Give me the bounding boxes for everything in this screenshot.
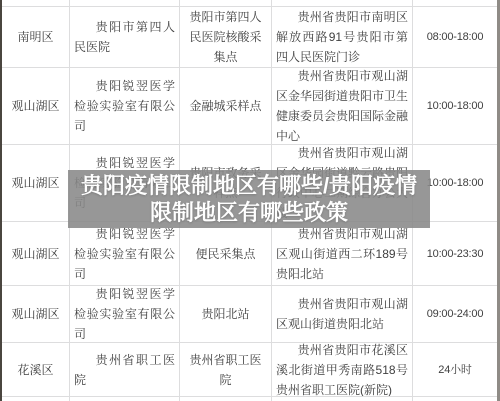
cell-sampling-site <box>180 397 272 401</box>
cell-address <box>272 0 413 6</box>
cell-address: 贵州省贵阳市观山湖区观山街道贵阳北站 <box>272 286 413 342</box>
cell-organization <box>70 397 180 401</box>
watermark-title-overlay: 贵阳疫情限制地区有哪些/贵阳疫情 限制地区有哪些政策 <box>68 170 430 228</box>
watermark-title-line1: 贵阳疫情限制地区有哪些/贵阳疫情 <box>81 172 417 199</box>
cell-hours: 10:00-23:30 <box>413 222 497 285</box>
cell-organization: 贵阳锐翌医学检验实验室有限公司 <box>70 286 180 342</box>
cell-sampling-site: 贵州省职工医院 <box>180 343 272 396</box>
cell-hours <box>413 397 497 401</box>
table-row: 南明区 贵阳市第四人民医院 贵阳市第四人民医院核酸采集点 贵州省贵阳市南明区解放… <box>2 7 497 68</box>
cell-sampling-site: 便民采集点 <box>180 222 272 285</box>
cell-address: 贵州省贵阳市南明区解放西路91号贵阳市第四人民医院门诊 <box>272 7 413 67</box>
cell-organization: 贵阳市第四人民医院 <box>70 7 180 67</box>
table-row: 花溪区 贵州省职工医院 贵州省职工医院 贵州省贵阳市花溪区溪北街道甲秀南路518… <box>2 343 497 397</box>
cell-organization: 贵州省职工医院 <box>70 343 180 396</box>
table-row: 观山湖区 贵阳锐翌医学检验实验室有限公司 便民采集点 贵州省贵阳市观山湖区观山街… <box>2 222 497 286</box>
cell-district: 花溪区 <box>2 343 70 396</box>
cell-district: 南明区 <box>2 7 70 67</box>
cell-address: 贵州省贵阳市观山湖区金华园街道贵阳市卫生健康委员会贵阳国际金融中心 <box>272 68 413 144</box>
cell-organization <box>70 0 180 6</box>
cell-hours: 24小时 <box>413 343 497 396</box>
cell-district <box>2 0 70 6</box>
cell-address <box>272 397 413 401</box>
cell-hours: 09:00-24:00 <box>413 286 497 342</box>
cell-hours <box>413 0 497 6</box>
table-row-partial-top <box>2 0 497 7</box>
cell-organization: 贵阳锐翌医学检验实验室有限公司 <box>70 222 180 285</box>
cell-organization: 贵阳锐翌医学检验实验室有限公司 <box>70 68 180 144</box>
table-row: 观山湖区 贵阳锐翌医学检验实验室有限公司 金融城采样点 贵州省贵阳市观山湖区金华… <box>2 68 497 145</box>
cell-sampling-site: 贵阳北站 <box>180 286 272 342</box>
cell-district: 观山湖区 <box>2 68 70 144</box>
page-left-edge <box>0 0 2 401</box>
cell-address: 贵州省贵阳市观山湖区观山街道西二环189号贵阳北站 <box>272 222 413 285</box>
watermark-title-line2: 限制地区有哪些政策 <box>150 199 348 226</box>
cell-sampling-site: 金融城采样点 <box>180 68 272 144</box>
cell-district: 观山湖区 <box>2 145 70 221</box>
table-row: 观山湖区 贵阳锐翌医学检验实验室有限公司 贵阳北站 贵州省贵阳市观山湖区观山街道… <box>2 286 497 343</box>
cell-district <box>2 397 70 401</box>
cell-hours: 08:00-18:00 <box>413 7 497 67</box>
table-row-partial-bottom <box>2 397 497 401</box>
cell-district: 观山湖区 <box>2 286 70 342</box>
cell-address: 贵州省贵阳市花溪区溪北街道甲秀南路518号贵州省职工医院(新院) <box>272 343 413 396</box>
cell-hours: 10:00-18:00 <box>413 68 497 144</box>
cell-sampling-site: 贵阳市第四人民医院核酸采集点 <box>180 7 272 67</box>
cell-sampling-site <box>180 0 272 6</box>
cell-district: 观山湖区 <box>2 222 70 285</box>
